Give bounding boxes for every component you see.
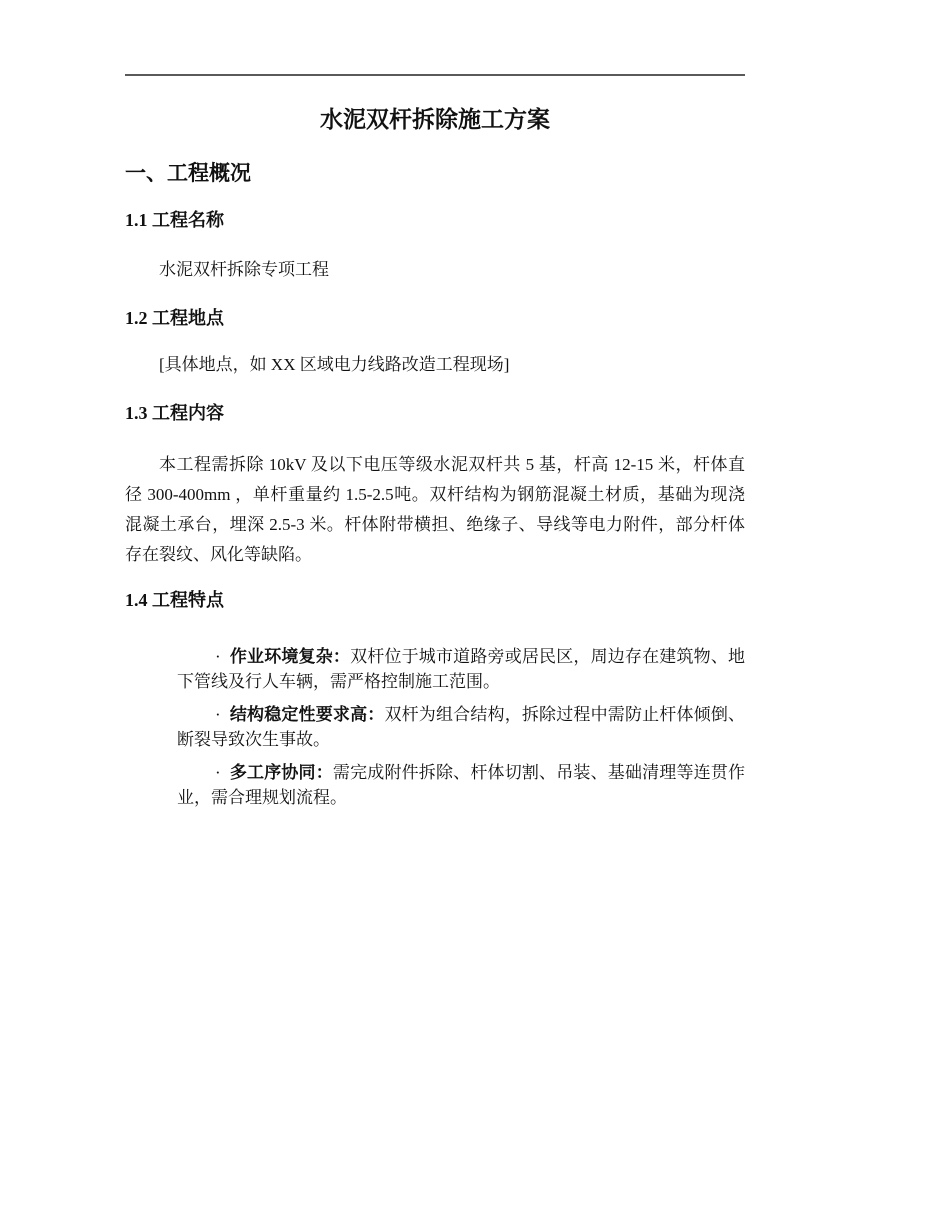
feature-item-label: 多工序协同： [230, 763, 333, 782]
bullet-icon: · [215, 763, 221, 782]
subsection-heading-project-location: 1.2 工程地点 [125, 306, 745, 330]
project-content-paragraph: 本工程需拆除 10kV 及以下电压等级水泥双杆共 5 基，杆高 12-15 米，… [125, 450, 745, 570]
subsection-heading-project-content: 1.3 工程内容 [125, 401, 745, 425]
bullet-icon: · [215, 705, 221, 724]
document-title: 水泥双杆拆除施工方案 [125, 106, 745, 134]
project-name-paragraph: 水泥双杆拆除专项工程 [125, 255, 745, 285]
chapter-heading-overview: 一、工程概况 [125, 160, 745, 186]
header-rule [125, 74, 745, 76]
bullet-icon: · [215, 647, 221, 666]
feature-item-structural-stability: ·结构稳定性要求高：双杆为组合结构，拆除过程中需防止杆体倾倒、断裂导致次生事故。 [125, 702, 745, 752]
feature-item-multi-process: ·多工序协同：需完成附件拆除、杆体切割、吊装、基础清理等连贯作业，需合理规划流程… [125, 760, 745, 810]
subsection-heading-project-features: 1.4 工程特点 [125, 588, 745, 612]
feature-list: ·作业环境复杂：双杆位于城市道路旁或居民区，周边存在建筑物、地下管线及行人车辆，… [125, 644, 745, 810]
feature-item-label: 结构稳定性要求高： [230, 705, 385, 724]
feature-item-work-environment: ·作业环境复杂：双杆位于城市道路旁或居民区，周边存在建筑物、地下管线及行人车辆，… [125, 644, 745, 694]
project-location-paragraph: [具体地点，如 XX 区域电力线路改造工程现场] [125, 350, 745, 380]
document-page: 水泥双杆拆除施工方案 一、工程概况 1.1 工程名称 水泥双杆拆除专项工程 1.… [0, 0, 950, 1208]
feature-item-label: 作业环境复杂： [230, 647, 350, 666]
subsection-heading-project-name: 1.1 工程名称 [125, 208, 745, 232]
